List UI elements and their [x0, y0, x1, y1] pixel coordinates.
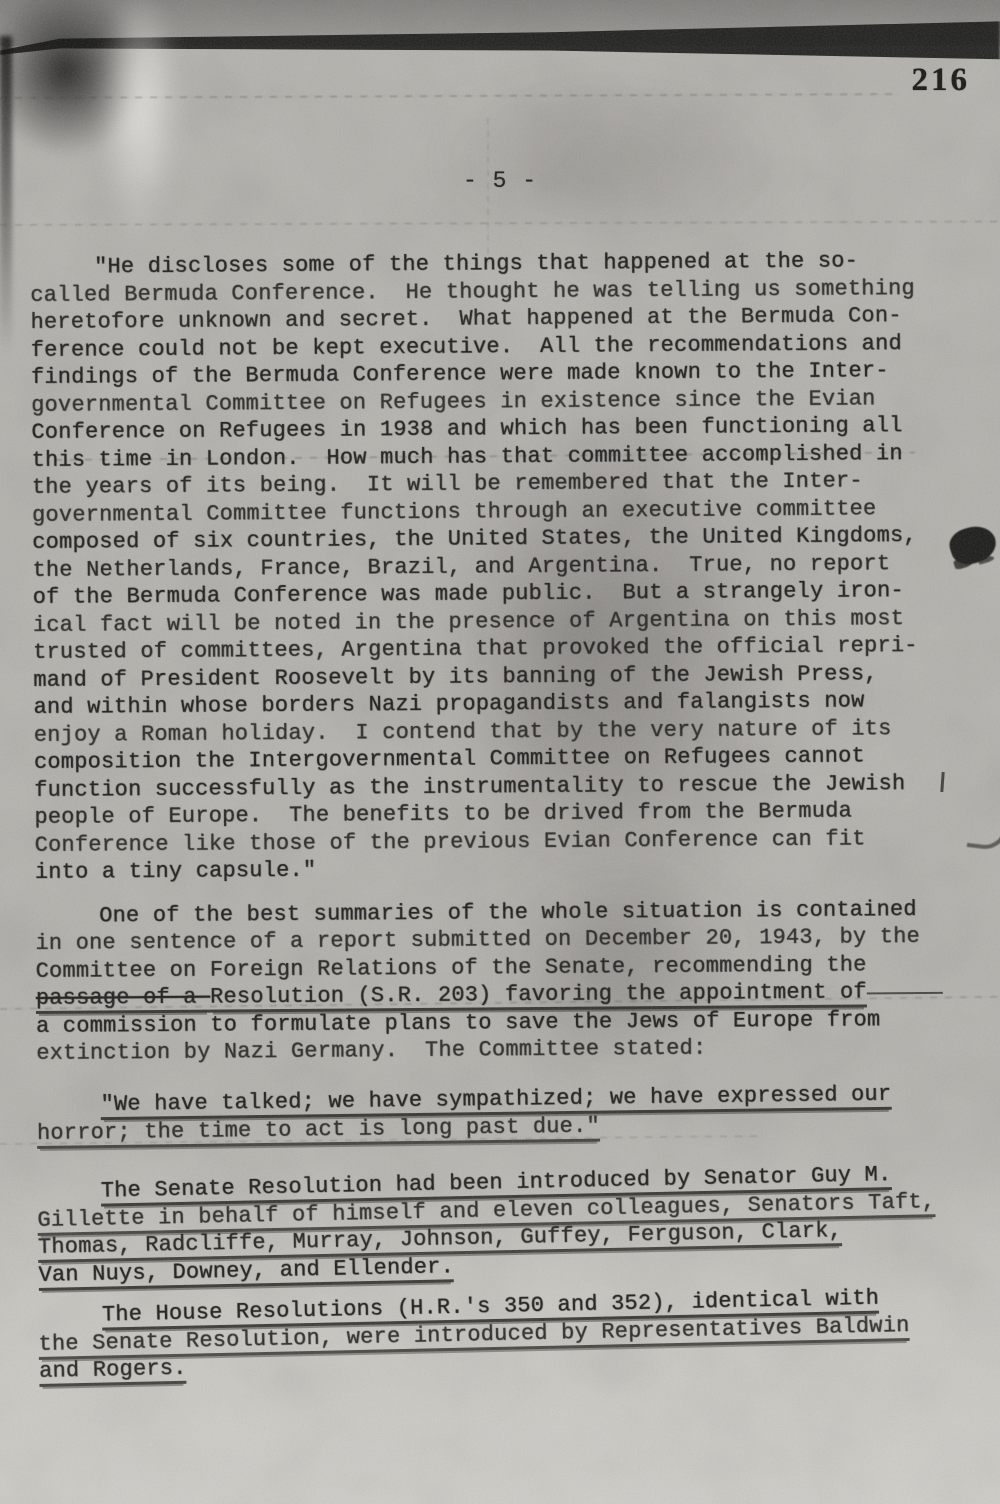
line-text: and Rogers. [39, 1355, 187, 1386]
line-text: horror; the time to act is long past due… [37, 1113, 600, 1148]
struck-text: passage of a [36, 985, 210, 1014]
paragraph-summary: One of the best summaries of the whole s… [35, 895, 980, 1067]
left-edge-shadow [0, 36, 12, 356]
paragraph-senate-resolution: The Senate Resolution had been introduce… [37, 1159, 983, 1289]
page-text: "He discloses some of the things that ha… [30, 247, 983, 1385]
scan-glare-streak [100, 0, 180, 240]
document-page: 216 - 5 - "He discloses some of the thin… [0, 0, 1000, 1504]
line-text: "He discloses some of the things that ha… [94, 248, 858, 279]
paragraph-bermuda-quote: "He discloses some of the things that ha… [30, 247, 979, 887]
paragraph-committee-quote: "We have talked; we have sympathized; we… [36, 1079, 981, 1146]
page-number-stamp: 216 [912, 62, 971, 99]
line-text: into a tiny capsule." [35, 858, 317, 885]
top-smudge [380, 50, 840, 270]
page-marker: - 5 - [0, 168, 1000, 194]
paragraph-house-resolutions: The House Resolutions (H.R.'s 350 and 35… [38, 1282, 984, 1385]
line-text: extinction by Nazi Germany. The Committe… [36, 1036, 706, 1066]
